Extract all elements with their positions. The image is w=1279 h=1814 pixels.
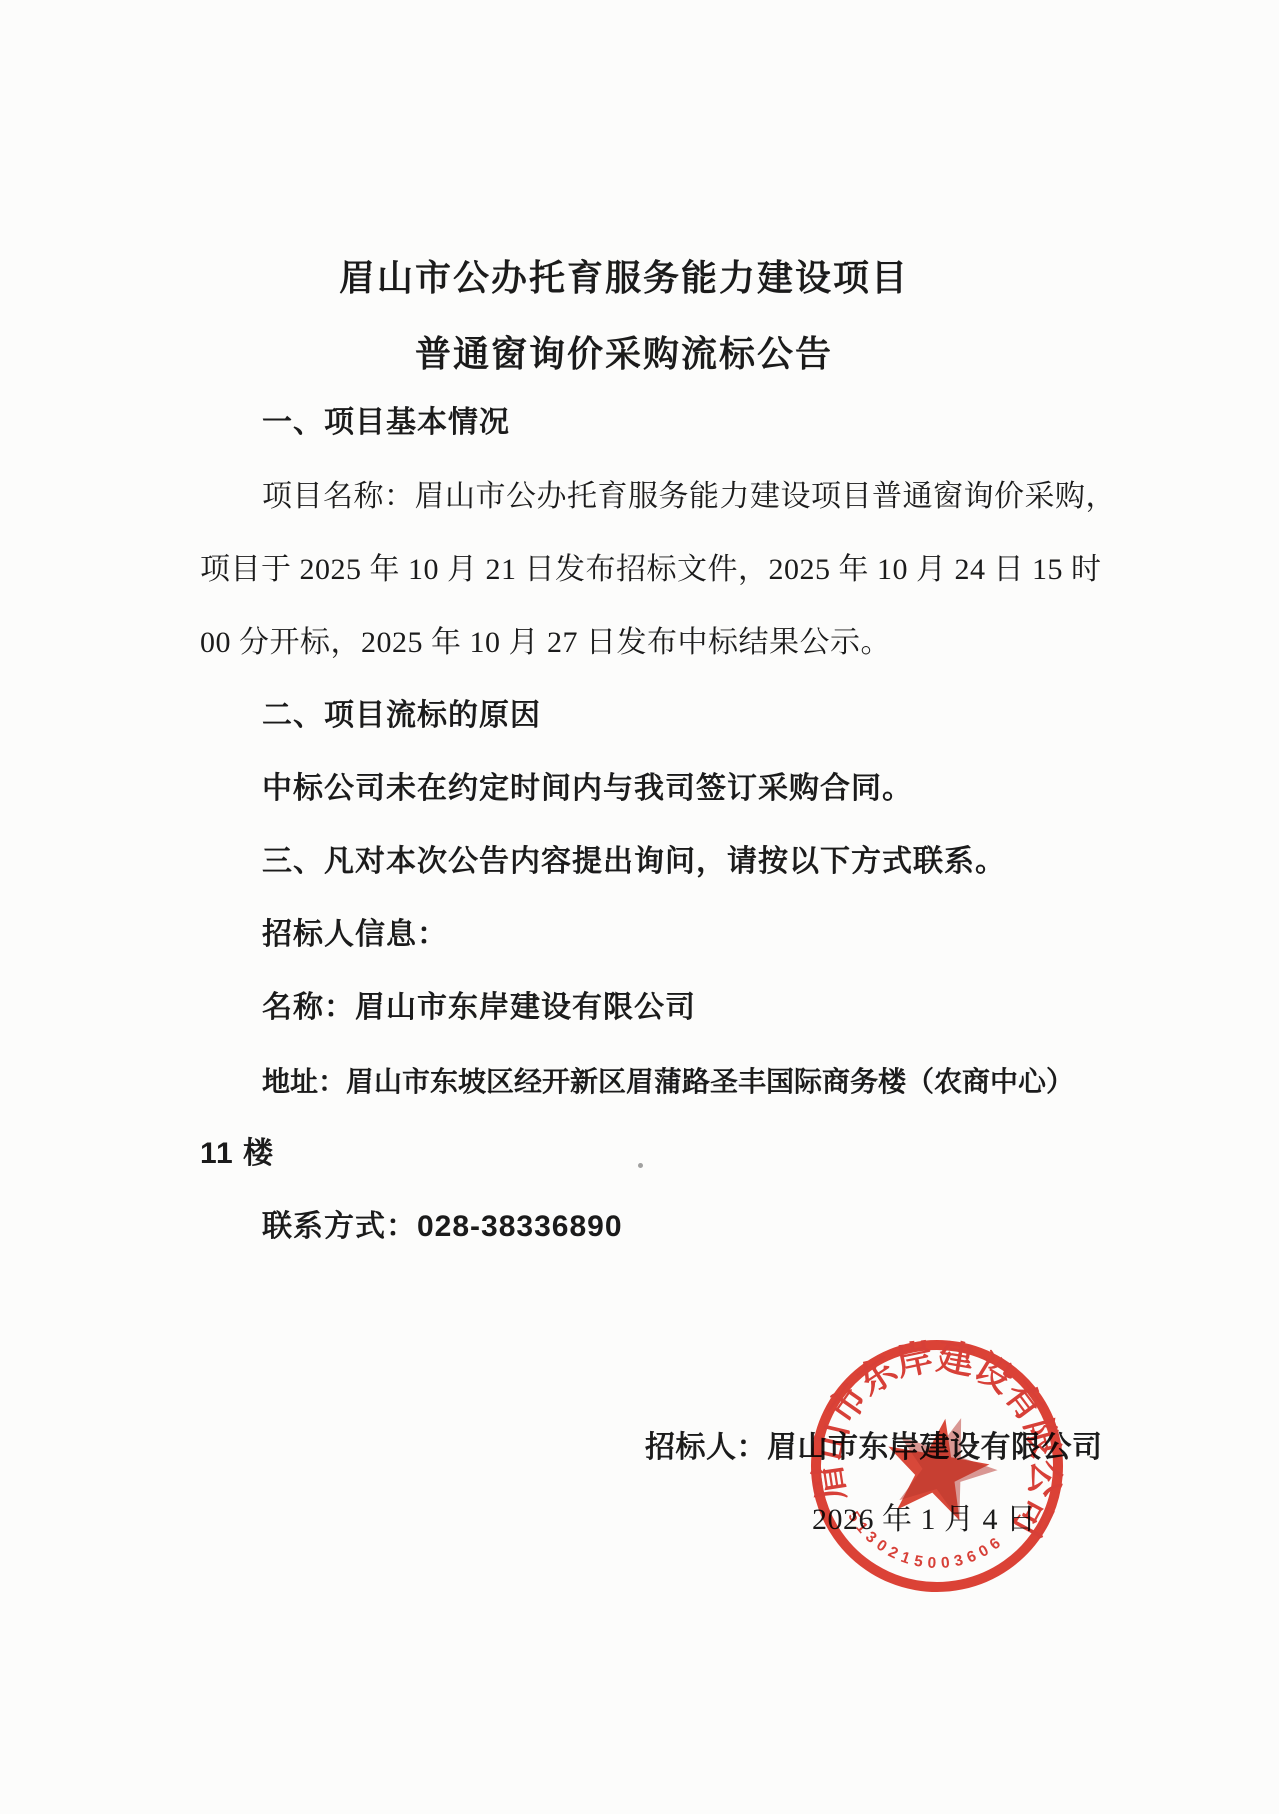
- scan-artifact-dot: [638, 1163, 643, 1168]
- bidder-address-line1: 地址：眉山市东坡区经开新区眉蒲路圣丰国际商务楼（农商中心）: [262, 1066, 1074, 1098]
- section3-heading: 三、凡对本次公告内容提出询问，请按以下方式联系。: [262, 845, 1006, 880]
- section1-paragraph-line1: 项目名称：眉山市公办托育服务能力建设项目普通窗询价采购，: [262, 480, 1116, 515]
- bidder-address-line2: 11 楼: [200, 1137, 274, 1172]
- section2-paragraph: 中标公司未在约定时间内与我司签订采购合同。: [262, 772, 913, 807]
- section1-paragraph-line3: 00 分开标，2025 年 10 月 27 日发布中标结果公示。: [200, 626, 891, 661]
- section1-paragraph-line2: 项目于 2025 年 10 月 21 日发布招标文件，2025 年 10 月 2…: [200, 553, 1102, 588]
- section1-heading: 一、项目基本情况: [262, 406, 510, 441]
- company-seal-stamp: 眉山市东岸建设有限公司 5130215003606: [777, 1306, 1097, 1626]
- document-title-line1: 眉山市公办托育服务能力建设项目: [0, 250, 1248, 301]
- section2-heading: 二、项目流标的原因: [262, 699, 541, 734]
- document-title-line2: 普通窗询价采购流标公告: [0, 326, 1248, 377]
- bidder-info-label: 招标人信息：: [262, 918, 448, 953]
- company-seal-svg: 眉山市东岸建设有限公司 5130215003606: [777, 1306, 1097, 1626]
- bidder-phone-line: 联系方式：028-38336890: [262, 1210, 623, 1245]
- bidder-name-line: 名称：眉山市东岸建设有限公司: [262, 991, 696, 1026]
- scanned-announcement-page: 眉山市公办托育服务能力建设项目 普通窗询价采购流标公告 一、项目基本情况 项目名…: [0, 0, 1279, 1814]
- seal-serial-arc-text: 5130215003606: [838, 1506, 1008, 1584]
